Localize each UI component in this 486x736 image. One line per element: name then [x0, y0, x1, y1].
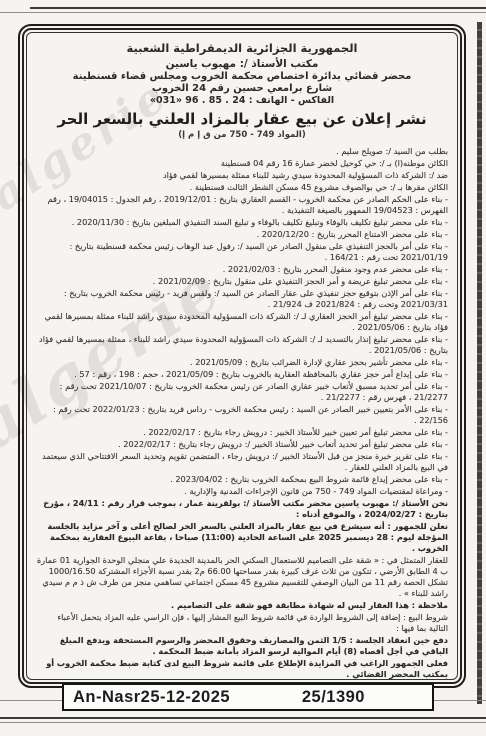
notice-paragraph: - بناء على أمر الإذن بتوقيع حجز تنفيذي ع… [36, 288, 448, 310]
notice-paragraph: للعقار المتمثل في : « شقة على التصاميم ل… [36, 555, 448, 599]
publication-stamp: An-Nasr25-12-2025 25/1390 [62, 683, 434, 711]
notice-paragraph: ضد /: الشركة ذات المسؤولية المحدودة سيدي… [36, 170, 448, 181]
publication-date: An-Nasr25-12-2025 [73, 688, 230, 707]
notice-body: بطلب من السيد /: صويلح سليم . الكائن موط… [36, 146, 448, 680]
notice-paragraph: - بناء على محضر الامتناع المحرر بتاريخ :… [36, 229, 448, 240]
notice-paragraph: - بناء على محضر عدم وجود منقول المحرر بت… [36, 264, 448, 275]
scanned-legal-notice-page: { "header": { "republic": "الجمهورية الج… [0, 0, 486, 736]
notice-paragraph: دفع حين انعقاد الجلسة : 1/5 الثمن والمصا… [36, 635, 448, 657]
letterhead-bailiff-title: محضر قضائي بدائرة اختصاص محكمة الخروب وم… [36, 71, 448, 82]
notice-paragraph: نحن الأستاذ /: مهبوب ياسين محضر مكتب الأ… [36, 498, 448, 520]
notice-paragraph: - بناء على محضر تبليغ أمر تحديد أتعاب خب… [36, 439, 448, 450]
notice-paragraph: - بناء على محضر تأشير بحجز عقاري لإدارة … [36, 357, 448, 368]
scan-edge-right [477, 22, 482, 704]
notice-paragraph: - بناء على تقرير خبرة منجز من قبل الأستا… [36, 451, 448, 473]
notice-paragraph: - بناء على محضر تبليغ أمر الحجز العقاري … [36, 311, 448, 333]
notice-paragraph: - ومراعاة لمقتضيات المواد 749 - 750 من ق… [36, 486, 448, 497]
notice-paragraph: الكائن موطنه(ا) بـ /: حي كوحيل لخضر عمار… [36, 158, 448, 169]
notice-border-frame: الجمهورية الجزائرية الديمقراطية الشعبية … [18, 24, 466, 688]
notice-paragraph: شروط البيع : إضافة إلى الشروط الواردة في… [36, 612, 448, 634]
notice-legal-articles: (المواد 749 - 750 من ق إ م إ) [36, 130, 448, 140]
notice-paragraph: - بناء على أمر بالحجز التنفيذي على منقول… [36, 241, 448, 263]
notice-border-frame-mid: الجمهورية الجزائرية الديمقراطية الشعبية … [22, 28, 462, 684]
letterhead-office: مكتب الأستاذ /: مهبوب ياسين [36, 58, 448, 70]
notice-paragraph: - بناء على محضر تبليغ أمر تعيين خبير للأ… [36, 427, 448, 438]
notice-paragraph: - بناء على الحكم الصادر عن محكمة الخروب … [36, 194, 448, 216]
scan-edge-top-2 [0, 12, 486, 13]
notice-content: الجمهورية الجزائرية الديمقراطية الشعبية … [26, 32, 458, 680]
publication-reference-number: 25/1390 [302, 688, 365, 707]
scan-edge-bottom-2 [0, 722, 486, 723]
notice-paragraph: - بناء على محضر تبليغ تكليف بالوفاء وتبل… [36, 217, 448, 228]
notice-paragraph: الكائن مقرها بـ /: حي بوالصوف مشروع 45 م… [36, 182, 448, 193]
notice-paragraph: - بناء على أمر تحديد مسبق لأتعاب خبير عق… [36, 381, 448, 403]
notice-paragraph: - بناء على الأمر بتعيين خبير الصادر عن ا… [36, 404, 448, 426]
notice-title: نشر إعلان عن بيع عقار بالمزاد العلني بال… [36, 110, 448, 128]
scan-edge-top [30, 7, 486, 9]
notice-paragraph: - بناء على محضر إيداع قائمة شروط البيع ب… [36, 474, 448, 485]
notice-paragraph: بطلب من السيد /: صويلح سليم . [36, 146, 448, 157]
letterhead-republic: الجمهورية الجزائرية الديمقراطية الشعبية [36, 41, 448, 55]
notice-paragraph: - بناء على إيداع أمر حجز عقاري بالمحافظة… [36, 369, 448, 380]
notice-paragraph: فعلى الجمهور الراغب في المزايدة الإطلاع … [36, 658, 448, 680]
letterhead-address: شارع برامعي حسين رقم 24 الخروب [36, 83, 448, 94]
notice-paragraph: - بناء على محضر تبليغ إنذار بالتسديد لـ … [36, 334, 448, 356]
notice-paragraph: نعلن للجمهور : أنه سيشرع في بيع عقار بال… [36, 521, 448, 554]
notice-paragraph: ملاحظة : هذا العقار ليس له شهادة مطابقة … [36, 600, 448, 611]
notice-paragraph: - بناء على محضر تبليغ عريضة و أمر الحجز … [36, 276, 448, 287]
scan-edge-bottom [0, 717, 486, 719]
letterhead-phone-fax: الفاكس - الهاتف : 24 . 85 . 96 «031» [36, 95, 448, 106]
